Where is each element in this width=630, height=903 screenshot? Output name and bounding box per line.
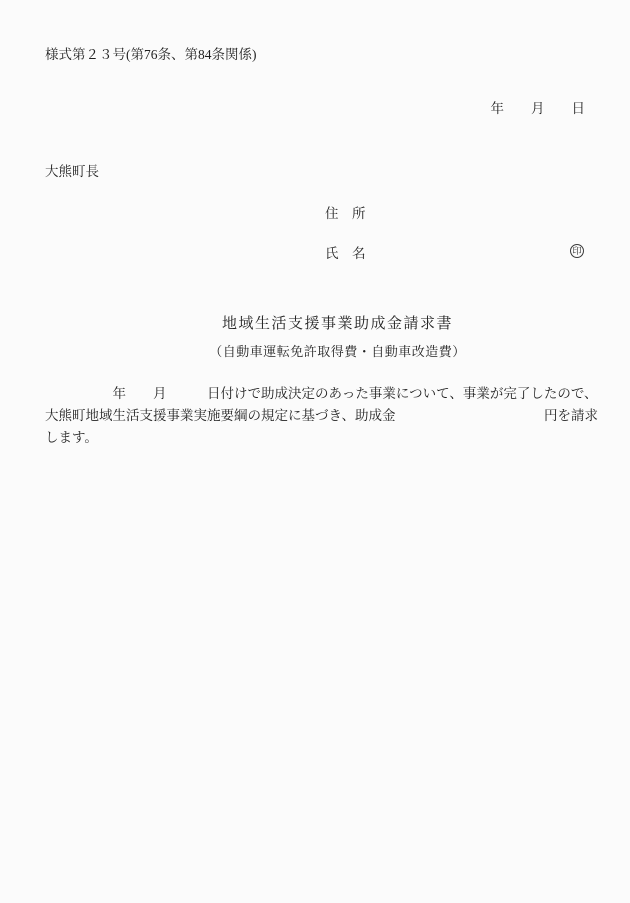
document-subtitle: （自動車運転免許取得費・自動車改造費） [45,344,630,360]
name-label: 氏 名 [325,246,366,263]
document-page: 様式第２３号(第76条、第84条関係) 年 月 日 大熊町長 住 所 氏 名 印… [0,0,630,903]
form-number: 様式第２３号(第76条、第84条関係) [45,47,257,64]
document-title: 地域生活支援事業助成金請求書 [45,315,630,334]
body-paragraph: 年 月 日付けで助成決定のあった事業について、事業が完了したので、 大熊町地域生… [45,383,605,449]
addressee: 大熊町長 [45,164,99,181]
body-line-3: します。 [45,427,605,449]
body-line-1: 年 月 日付けで助成決定のあった事業について、事業が完了したので、 [45,383,605,405]
address-label: 住 所 [325,206,366,223]
body-line-2: 大熊町地域生活支援事業実施要綱の規定に基づき、助成金 円を請求 [45,405,605,427]
date-line: 年 月 日 [491,101,586,118]
seal-mark: 印 [570,244,584,258]
seal-text: 印 [572,247,581,256]
